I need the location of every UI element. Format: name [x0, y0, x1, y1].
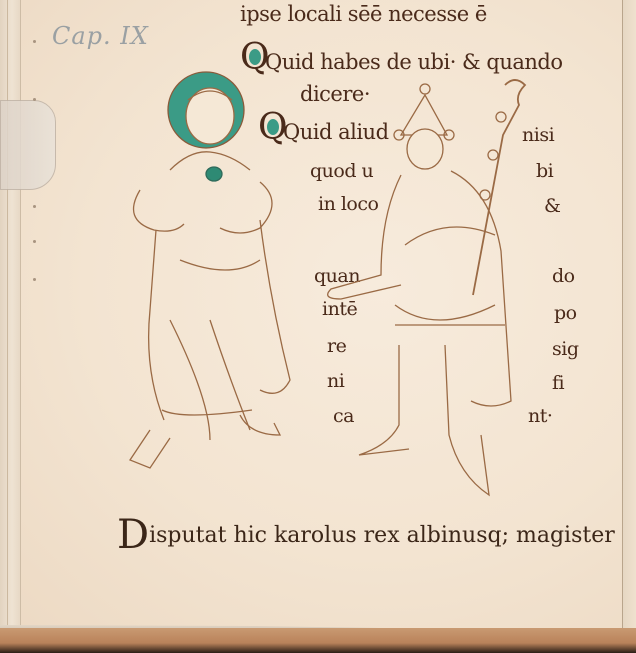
- col-right-3: &: [544, 195, 560, 217]
- caption-initial: D: [117, 512, 149, 558]
- manuscript-page: Cap. IX ipse locali sēē necesse ē QQuid …: [0, 0, 636, 635]
- page-clip: [0, 100, 56, 190]
- crowned-figure-drawing: [335, 75, 545, 505]
- pencil-margin-note: Cap. IX: [52, 22, 149, 50]
- pricking-hole: [33, 278, 36, 281]
- pricking-hole: [33, 98, 36, 101]
- wooden-surface: [0, 628, 636, 653]
- pricking-hole: [33, 240, 36, 243]
- col-right-4: do: [552, 265, 575, 287]
- pricking-hole: [33, 40, 36, 43]
- haloed-figure-drawing: [110, 70, 310, 480]
- col-right-7: fi: [552, 372, 564, 394]
- caption-text: isputat hic karolus rex albinusq; magist…: [149, 523, 615, 548]
- pricking-hole: [33, 205, 36, 208]
- gutter-line: [7, 0, 8, 635]
- col-right-5: po: [554, 302, 577, 324]
- col-right-6: sig: [552, 338, 579, 360]
- text-line-1: ipse locali sēē necesse ē: [240, 2, 487, 26]
- binding-gutter: [0, 0, 21, 635]
- caption: Disputat hic karolus rex albinusq; magis…: [117, 512, 615, 558]
- page-right-edge: [622, 0, 636, 635]
